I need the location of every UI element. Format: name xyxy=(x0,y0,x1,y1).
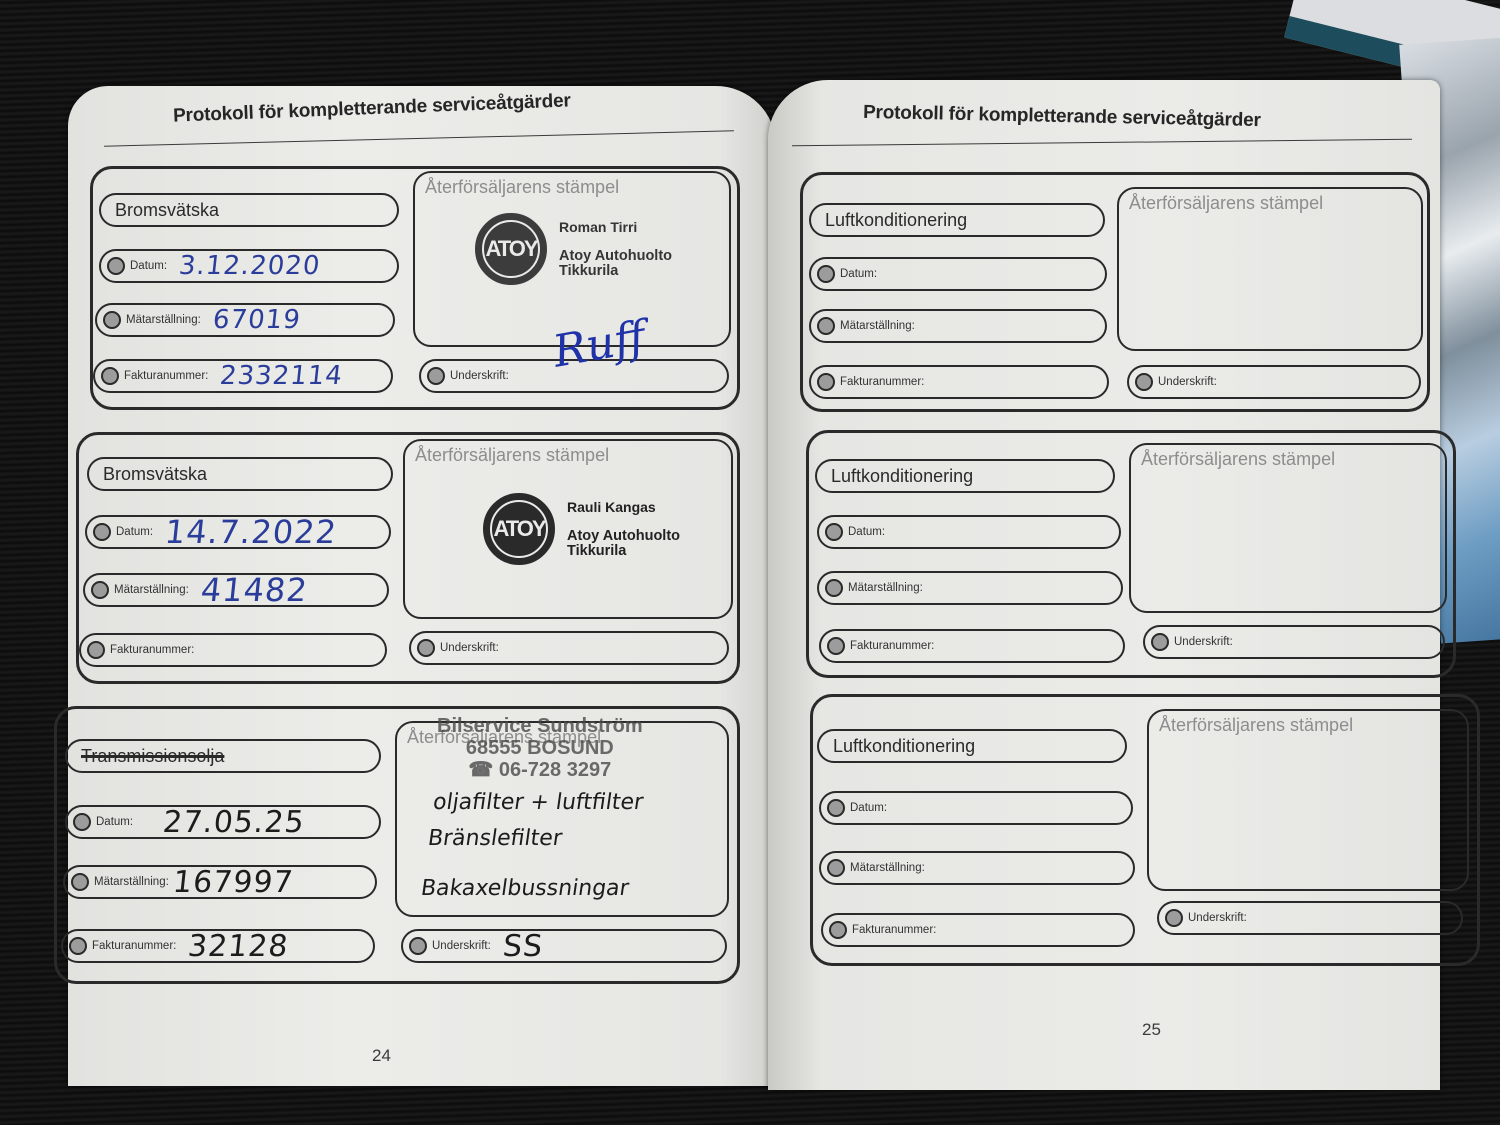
handwritten-notes: oljafilter + luftfilter Bränslefilter Ba… xyxy=(418,785,645,907)
page-number: 25 xyxy=(1142,1020,1161,1040)
checkbox-circle-icon xyxy=(427,367,445,385)
service-name-field: Bromsvätska xyxy=(87,457,393,491)
stamp-phone: ☎ 06-728 3297 xyxy=(437,759,643,781)
service-name-field: Luftkonditionering xyxy=(815,459,1115,493)
datum-value: 27.05.25 xyxy=(161,805,306,840)
fakturanummer-label: Fakturanummer: xyxy=(840,376,924,388)
fakturanummer-field: Fakturanummer: 2332114 xyxy=(93,359,393,393)
dealer-stamp-box: Återförsäljarens stämpel xyxy=(1147,709,1469,891)
matarstallning-field: Mätarställning: xyxy=(809,309,1107,343)
checkbox-circle-icon xyxy=(827,859,845,877)
stamp-company: Atoy Autohuolto xyxy=(559,249,672,264)
matarstallning-value: 167997 xyxy=(171,865,295,900)
matarstallning-label: Mätarställning: xyxy=(114,584,189,596)
service-name: Luftkonditionering xyxy=(833,736,975,757)
datum-value: 14.7.2022 xyxy=(163,513,339,551)
service-booklet: Protokoll för kompletterande serviceåtgä… xyxy=(60,80,1480,1100)
checkbox-circle-icon xyxy=(409,937,427,955)
checkbox-circle-icon xyxy=(73,813,91,831)
page-24: Protokoll för kompletterande serviceåtgä… xyxy=(68,86,776,1086)
handwritten-signature: SS xyxy=(501,929,545,964)
service-entry: Luftkonditionering Datum: Mätarställning… xyxy=(800,172,1430,412)
checkbox-circle-icon xyxy=(1151,633,1169,651)
service-name: Luftkonditionering xyxy=(831,466,973,487)
page-25: Protokoll för kompletterande serviceåtgä… xyxy=(768,80,1440,1090)
matarstallning-field: Mätarställning: 41482 xyxy=(83,573,389,607)
service-name-field: Transmissionsolja xyxy=(65,739,381,773)
matarstallning-field: Mätarställning: 67019 xyxy=(95,303,395,337)
matarstallning-value: 67019 xyxy=(211,305,302,335)
title-divider xyxy=(104,130,734,146)
checkbox-circle-icon xyxy=(69,937,87,955)
fakturanummer-label: Fakturanummer: xyxy=(850,640,934,652)
datum-label: Datum: xyxy=(850,802,887,814)
checkbox-circle-icon xyxy=(825,523,843,541)
underskrift-field: Underskrift: xyxy=(409,631,729,665)
checkbox-circle-icon xyxy=(107,257,125,275)
fakturanummer-value: 2332114 xyxy=(219,361,345,391)
checkbox-circle-icon xyxy=(829,921,847,939)
fakturanummer-field: Fakturanummer: xyxy=(821,913,1135,947)
dealer-stamp: ATOY Rauli Kangas Atoy Autohuolto Tikkur… xyxy=(483,493,680,565)
datum-field: Datum: xyxy=(817,515,1121,549)
matarstallning-field: Mätarställning: 167997 xyxy=(63,865,377,899)
underskrift-field: Underskrift: xyxy=(1143,625,1445,659)
datum-field: Datum: 14.7.2022 xyxy=(85,515,391,549)
underskrift-field: Underskrift: SS xyxy=(401,929,727,963)
service-entry: Luftkonditionering Datum: Mätarställning… xyxy=(810,694,1480,966)
service-name: Bromsvätska xyxy=(103,464,207,485)
underskrift-label: Underskrift: xyxy=(440,642,499,654)
fakturanummer-value: 32128 xyxy=(187,929,291,964)
dealer-stamp-box: Återförsäljarens stämpel ATOY Roman Tirr… xyxy=(413,171,731,347)
service-entry: Bromsvätska Datum: 3.12.2020 Mätarställn… xyxy=(90,166,740,410)
underskrift-label: Underskrift: xyxy=(1188,912,1247,924)
stamp-label: Återförsäljarens stämpel xyxy=(1141,449,1335,470)
matarstallning-value: 41482 xyxy=(199,571,310,609)
matarstallning-label: Mätarställning: xyxy=(94,876,169,888)
atoy-logo-icon: ATOY xyxy=(483,493,555,565)
title-divider xyxy=(792,139,1412,146)
dealer-stamp-box: Återförsäljarens stämpel xyxy=(1117,187,1423,351)
datum-field: Datum: xyxy=(819,791,1133,825)
datum-label: Datum: xyxy=(848,526,885,538)
underskrift-label: Underskrift: xyxy=(1158,376,1217,388)
dealer-stamp: Bilservice Sundström 68555 BOSUND ☎ 06-7… xyxy=(437,715,643,781)
dealer-stamp-box: Återförsäljarens stämpel ATOY Rauli Kang… xyxy=(403,439,733,619)
fakturanummer-label: Fakturanummer: xyxy=(92,940,176,952)
checkbox-circle-icon xyxy=(817,317,835,335)
stamp-label: Återförsäljarens stämpel xyxy=(425,177,619,198)
underskrift-label: Underskrift: xyxy=(450,370,509,382)
note-line: Bränslefilter xyxy=(425,821,640,857)
dealer-stamp: ATOY Roman Tirri Atoy Autohuolto Tikkuri… xyxy=(475,213,672,285)
datum-label: Datum: xyxy=(96,816,133,828)
checkbox-circle-icon xyxy=(87,641,105,659)
stamp-label: Återförsäljarens stämpel xyxy=(1129,193,1323,214)
page-number: 24 xyxy=(372,1046,391,1066)
stamp-label: Återförsäljarens stämpel xyxy=(1159,715,1353,736)
service-name-field: Luftkonditionering xyxy=(809,203,1105,237)
matarstallning-label: Mätarställning: xyxy=(848,582,923,594)
checkbox-circle-icon xyxy=(91,581,109,599)
stamp-company: Atoy Autohuolto xyxy=(567,529,680,544)
service-entry: Luftkonditionering Datum: Mätarställning… xyxy=(806,430,1456,678)
checkbox-circle-icon xyxy=(825,579,843,597)
checkbox-circle-icon xyxy=(817,373,835,391)
matarstallning-label: Mätarställning: xyxy=(126,314,201,326)
service-name: Luftkonditionering xyxy=(825,210,967,231)
stamp-person: Roman Tirri xyxy=(559,219,672,235)
checkbox-circle-icon xyxy=(1135,373,1153,391)
matarstallning-label: Mätarställning: xyxy=(850,862,925,874)
fakturanummer-field: Fakturanummer: 32128 xyxy=(61,929,375,963)
underskrift-label: Underskrift: xyxy=(1174,636,1233,648)
service-entry: Bromsvätska Datum: 14.7.2022 Mätarställn… xyxy=(76,432,740,684)
datum-label: Datum: xyxy=(840,268,877,280)
checkbox-circle-icon xyxy=(101,367,119,385)
stamp-person: Rauli Kangas xyxy=(567,499,680,515)
datum-label: Datum: xyxy=(116,526,153,538)
page-title: Protokoll för kompletterande serviceåtgä… xyxy=(863,102,1261,132)
note-line: Bakaxelbussningar xyxy=(418,871,633,907)
service-entry: Transmissionsolja Datum: 27.05.25 Mätars… xyxy=(54,706,740,984)
stamp-company: Bilservice Sundström xyxy=(437,715,643,737)
page-title: Protokoll för kompletterande serviceåtgä… xyxy=(173,90,571,127)
checkbox-circle-icon xyxy=(817,265,835,283)
datum-field: Datum: 3.12.2020 xyxy=(99,249,399,283)
atoy-logo-icon: ATOY xyxy=(475,213,547,285)
stamp-location: Tikkurila xyxy=(559,264,672,279)
fakturanummer-field: Fakturanummer: xyxy=(809,365,1109,399)
datum-value: 3.12.2020 xyxy=(178,251,322,281)
matarstallning-label: Mätarställning: xyxy=(840,320,915,332)
checkbox-circle-icon xyxy=(417,639,435,657)
service-name-field: Luftkonditionering xyxy=(817,729,1127,763)
checkbox-circle-icon xyxy=(1165,909,1183,927)
fakturanummer-label: Fakturanummer: xyxy=(110,644,194,656)
checkbox-circle-icon xyxy=(71,873,89,891)
datum-label: Datum: xyxy=(130,260,167,272)
matarstallning-field: Mätarställning: xyxy=(817,571,1123,605)
note-line: oljafilter + luftfilter xyxy=(431,785,646,821)
stamp-location: Tikkurila xyxy=(567,544,680,559)
stamp-postal: 68555 BOSUND xyxy=(437,737,643,759)
datum-field: Datum: 27.05.25 xyxy=(65,805,381,839)
underskrift-field: Underskrift: xyxy=(1127,365,1421,399)
dealer-stamp-box: Återförsäljarens stämpel xyxy=(1129,443,1447,613)
matarstallning-field: Mätarställning: xyxy=(819,851,1135,885)
checkbox-circle-icon xyxy=(827,799,845,817)
datum-field: Datum: xyxy=(809,257,1107,291)
stamp-label: Återförsäljarens stämpel xyxy=(415,445,609,466)
checkbox-circle-icon xyxy=(103,311,121,329)
service-name-struck: Transmissionsolja xyxy=(81,746,224,767)
fakturanummer-label: Fakturanummer: xyxy=(852,924,936,936)
fakturanummer-label: Fakturanummer: xyxy=(124,370,208,382)
underskrift-field: Underskrift: xyxy=(1157,901,1463,935)
underskrift-label: Underskrift: xyxy=(432,940,491,952)
service-name-field: Bromsvätska xyxy=(99,193,399,227)
checkbox-circle-icon xyxy=(827,637,845,655)
fakturanummer-field: Fakturanummer: xyxy=(819,629,1125,663)
checkbox-circle-icon xyxy=(93,523,111,541)
fakturanummer-field: Fakturanummer: xyxy=(79,633,387,667)
service-name: Bromsvätska xyxy=(115,200,219,221)
